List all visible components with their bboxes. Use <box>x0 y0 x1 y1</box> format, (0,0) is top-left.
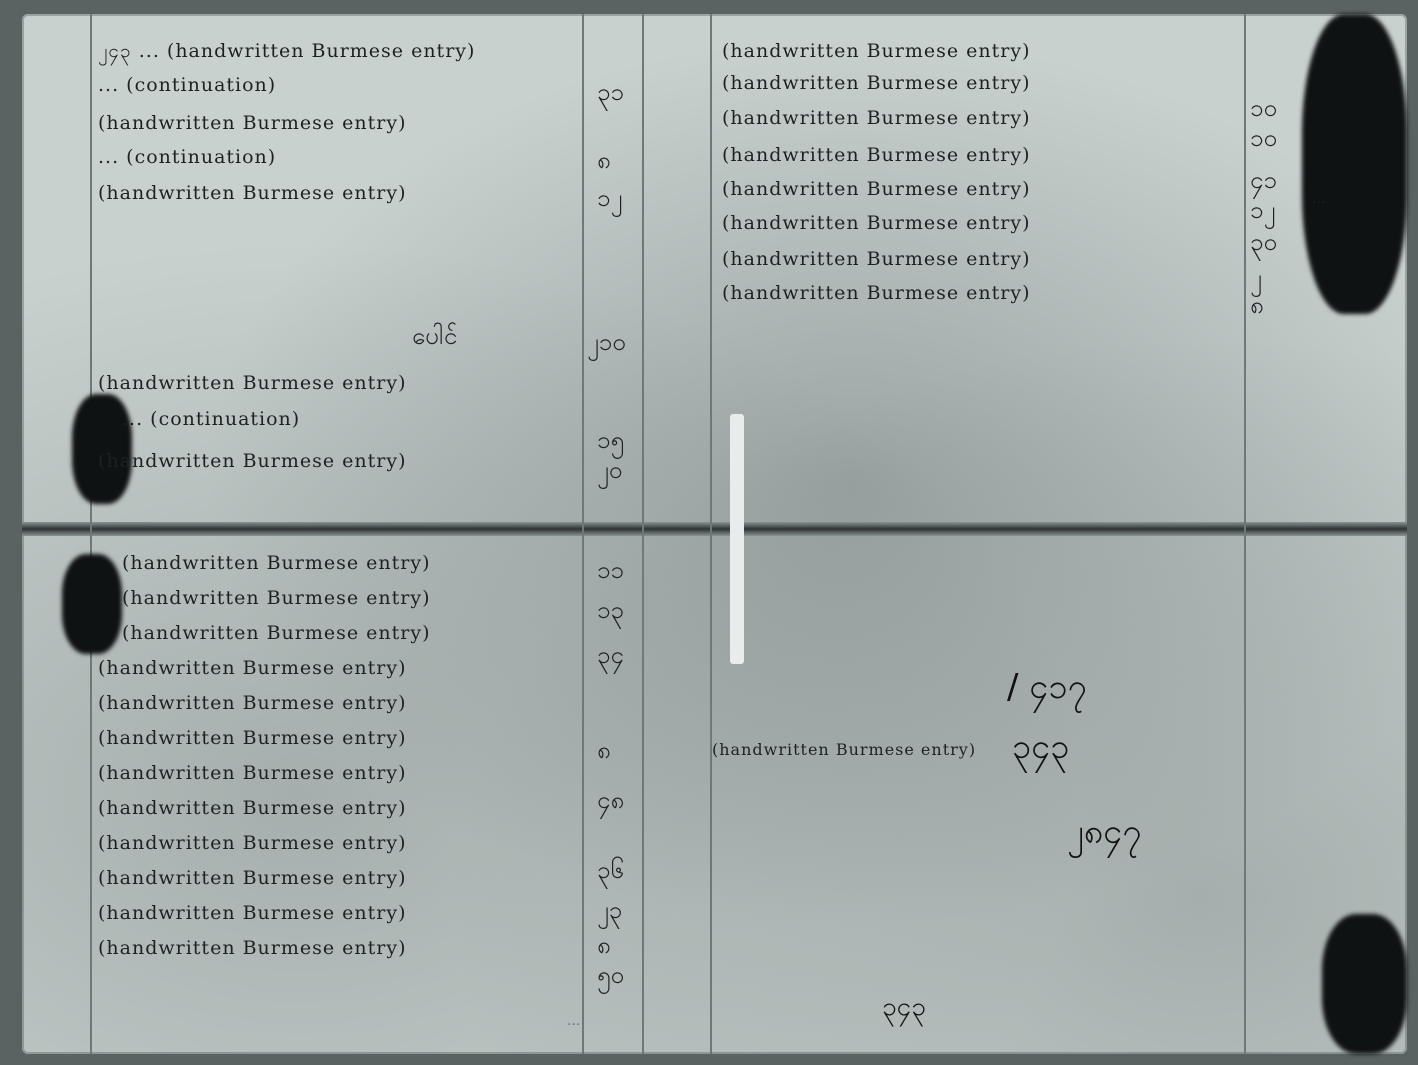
ink-damage <box>62 554 122 654</box>
amount-numeral: ၃၀ <box>1250 226 1277 262</box>
amount-numeral: ၁၃ <box>597 594 624 630</box>
entry-line: (handwritten Burmese entry) <box>722 146 1031 165</box>
total-line-1: / ၄၁၇ <box>1007 664 1087 715</box>
amount-numeral: ၂၀ <box>597 454 622 490</box>
entry-line: (handwritten Burmese entry) <box>98 694 407 713</box>
section-heading: ပေါင် <box>412 324 458 348</box>
entry-line: ... (continuation) <box>122 410 300 429</box>
side-note: ... <box>1312 192 1325 206</box>
entry-line: (handwritten Burmese entry) <box>98 904 407 923</box>
amount-numeral: ၈ <box>597 734 611 770</box>
ink-damage <box>1302 14 1407 314</box>
column-rule <box>582 14 584 1054</box>
amount-numeral: ၄၈ <box>597 784 624 820</box>
subtotal-numeral: ၂၁၀ <box>587 326 626 362</box>
entry-line: (handwritten Burmese entry) <box>98 184 407 203</box>
entry-line: (handwritten Burmese entry) <box>722 42 1031 61</box>
page-fold <box>22 522 1407 536</box>
entry-line: (handwritten Burmese entry) <box>98 114 407 133</box>
page-divider <box>710 14 712 1054</box>
entry-line: (handwritten Burmese entry) <box>98 452 407 471</box>
total-line-3: ၂၈၄၇ <box>1067 809 1141 860</box>
entry-line: (handwritten Burmese entry) <box>722 180 1031 199</box>
column-rule <box>642 14 644 1054</box>
summary-label: (handwritten Burmese entry) <box>712 742 976 758</box>
entry-line: (handwritten Burmese entry) <box>98 799 407 818</box>
manuscript-sheet: ၂၄၃ ... (handwritten Burmese entry) ... … <box>22 14 1407 1054</box>
amount-numeral: ၁၀ <box>1250 122 1277 158</box>
entry-line: (handwritten Burmese entry) <box>722 250 1031 269</box>
margin-rule <box>90 14 92 1054</box>
entry-line: (handwritten Burmese entry) <box>722 284 1031 303</box>
entry-line: (handwritten Burmese entry) <box>98 764 407 783</box>
entry-line: (handwritten Burmese entry) <box>122 554 431 573</box>
entry-line: (handwritten Burmese entry) <box>98 729 407 748</box>
entry-line: (handwritten Burmese entry) <box>722 109 1031 128</box>
amount-numeral: ၂၃ <box>597 894 622 930</box>
entry-line: ... (continuation) <box>98 76 276 95</box>
total-line-2: ၃၄၃ <box>1012 724 1069 775</box>
amount-numeral: ၃၆ <box>597 854 624 890</box>
entry-line: (handwritten Burmese entry) <box>722 74 1031 93</box>
entry-line: (handwritten Burmese entry) <box>122 589 431 608</box>
amount-numeral: ၁၂ <box>1250 194 1275 230</box>
amount-numeral: ၈ <box>1250 289 1264 325</box>
entry-line: ... (continuation) <box>98 148 276 167</box>
footer-mark: ... <box>567 1014 580 1028</box>
entry-line: (handwritten Burmese entry) <box>98 869 407 888</box>
amount-numeral: ၁၂ <box>597 182 622 218</box>
amount-numeral: ၃၄ <box>597 639 624 675</box>
ink-damage <box>1322 914 1407 1054</box>
column-rule <box>1244 14 1246 1054</box>
amount-numeral: ၈ <box>597 144 611 180</box>
paper-tear <box>730 414 744 664</box>
entry-line: ၂၄၃ ... (handwritten Burmese entry) <box>98 42 475 61</box>
entry-line: (handwritten Burmese entry) <box>122 624 431 643</box>
amount-numeral: ၅၀ <box>597 959 624 995</box>
amount-numeral: ၃၁ <box>597 76 624 112</box>
bottom-mark: ၃၄၃ <box>882 989 926 1028</box>
entry-line: (handwritten Burmese entry) <box>722 214 1031 233</box>
entry-line: (handwritten Burmese entry) <box>98 939 407 958</box>
entry-line: (handwritten Burmese entry) <box>98 659 407 678</box>
amount-numeral: ၁၁ <box>597 554 624 590</box>
entry-line: (handwritten Burmese entry) <box>98 374 407 393</box>
entry-line: (handwritten Burmese entry) <box>98 834 407 853</box>
